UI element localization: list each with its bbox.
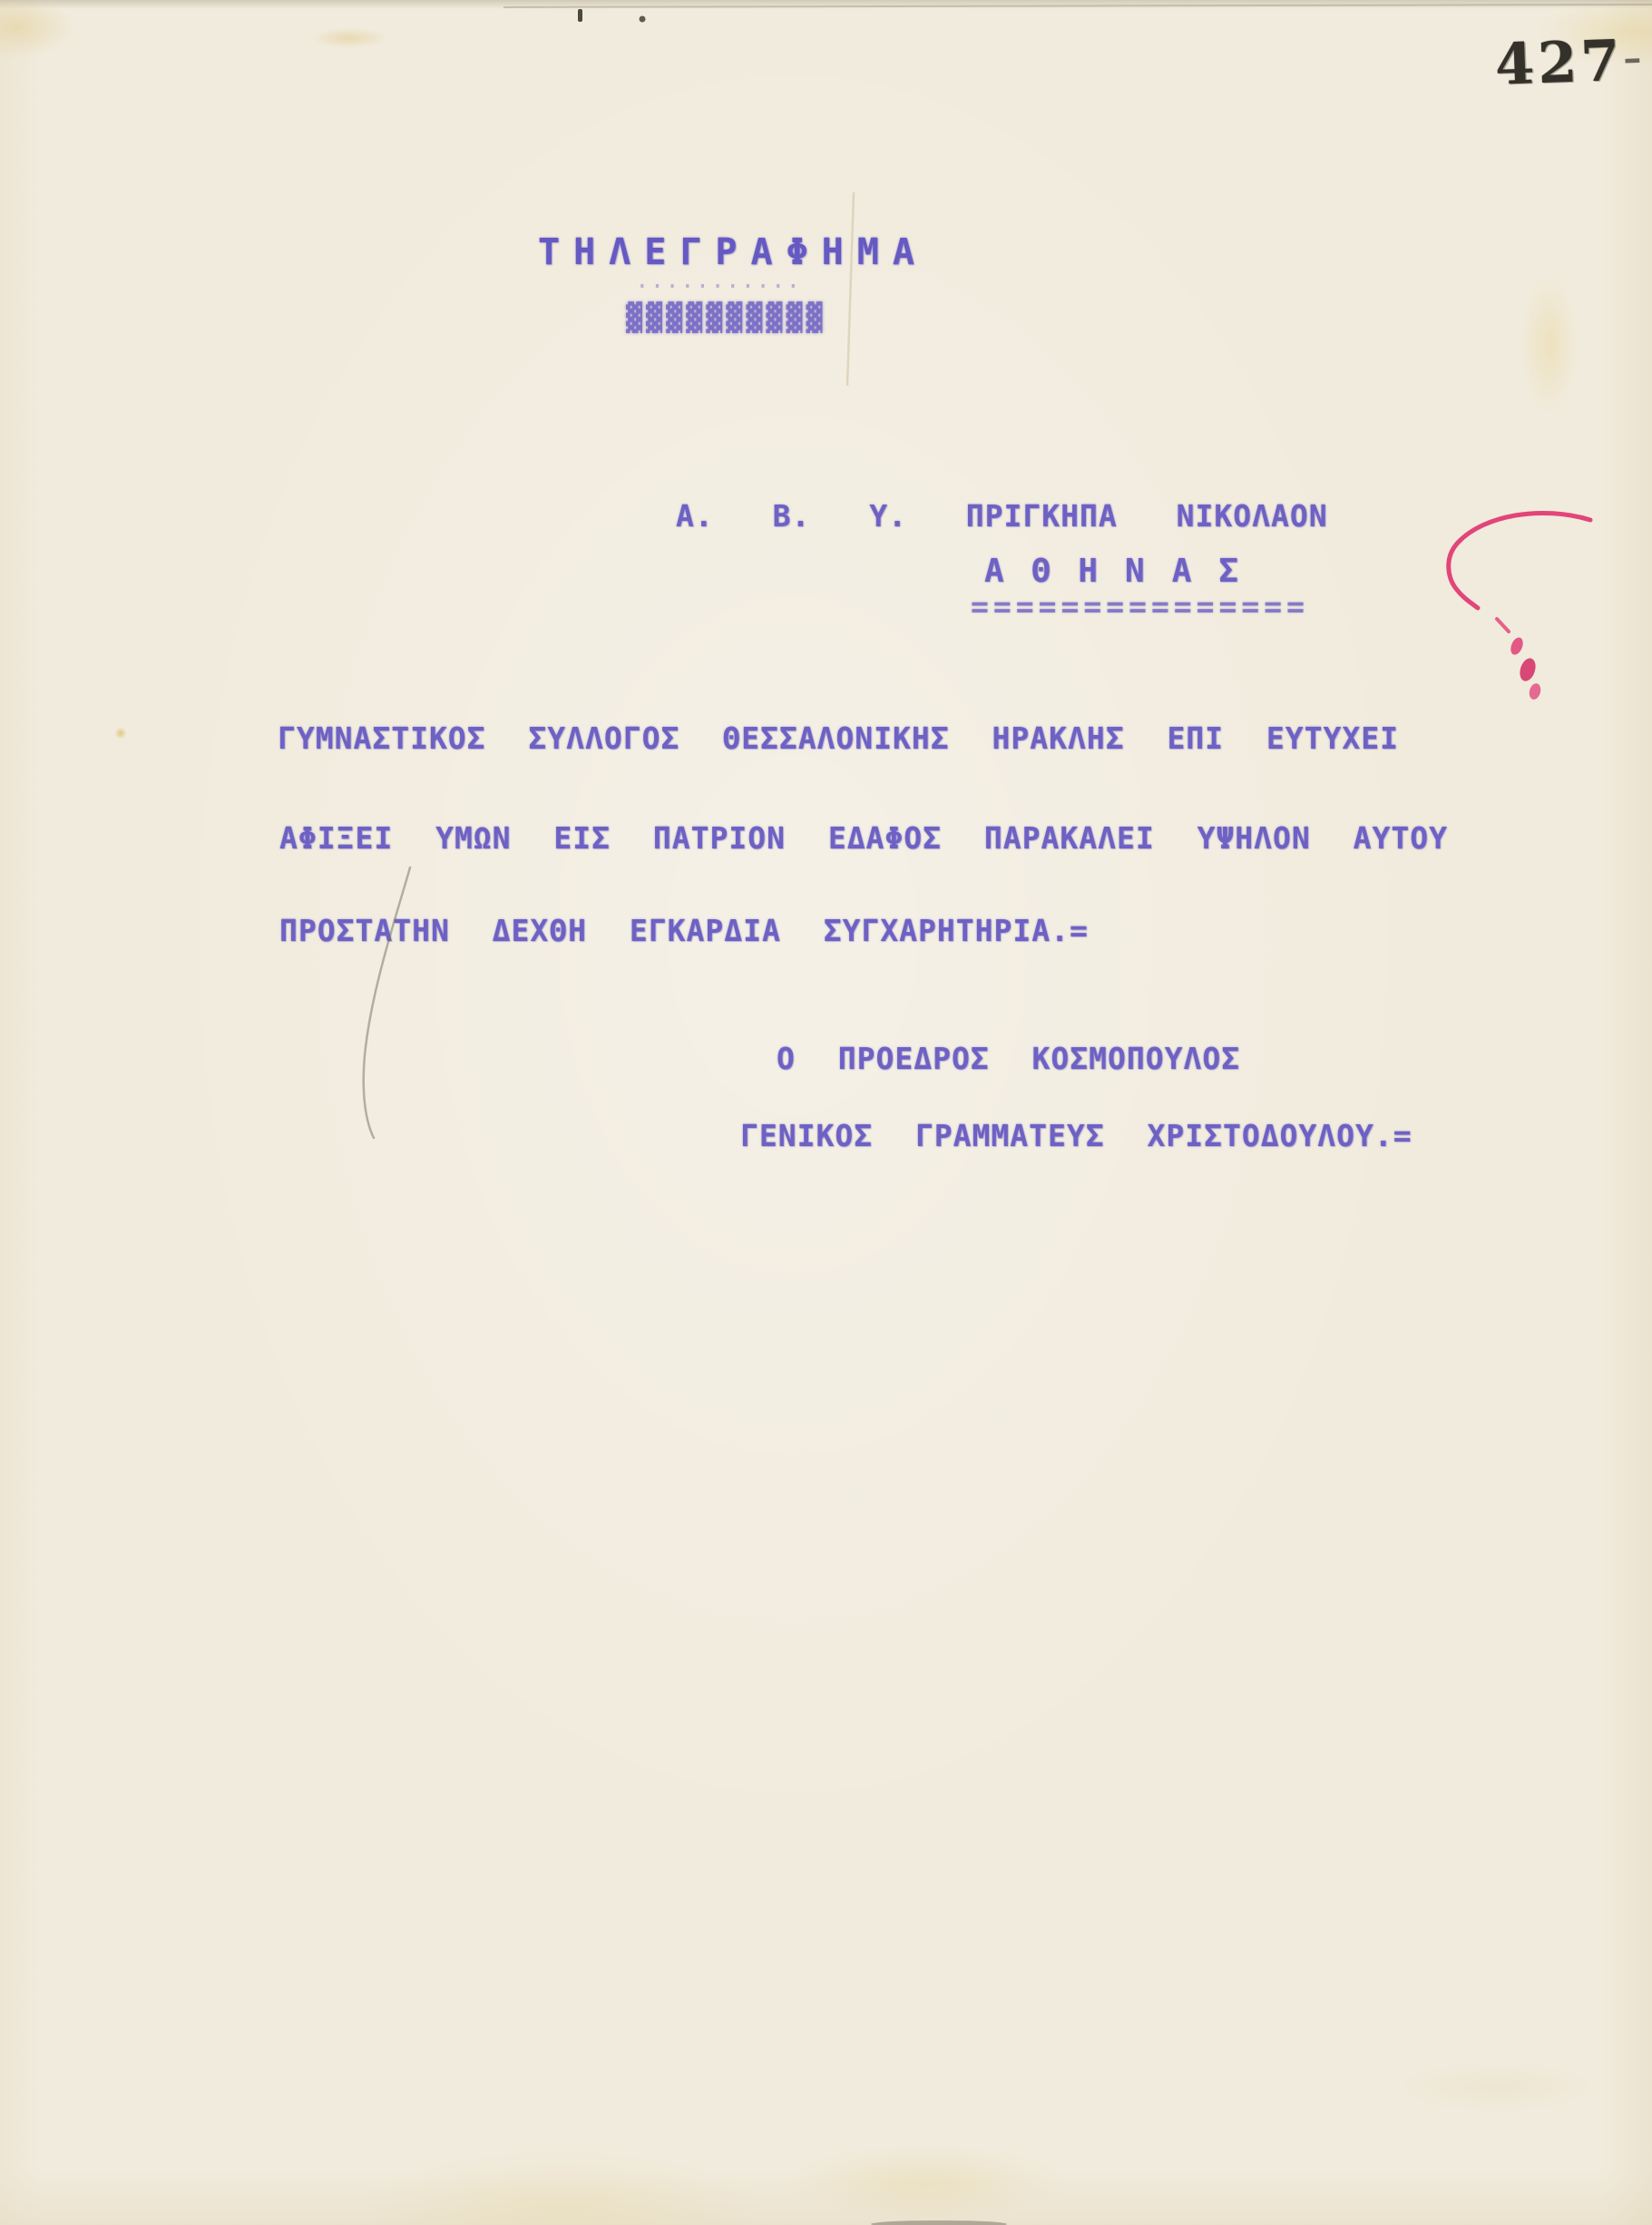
scratch-mark — [364, 867, 410, 1138]
telegram-document-scan: 427– ΤΗΛΕΓΡΑΦΗΜΑ ........... ▓▓▓▓▓▓▓▓▓▓ … — [0, 0, 1652, 2225]
fold-crease — [847, 192, 854, 386]
top-edge-line — [503, 5, 1652, 7]
ink-speck — [578, 9, 582, 22]
scan-artifacts-overlay — [0, 0, 1652, 2225]
ink-speck — [640, 16, 646, 23]
red-pencil-mark — [1449, 513, 1590, 701]
bottom-edge-shadow — [871, 2220, 1007, 2225]
